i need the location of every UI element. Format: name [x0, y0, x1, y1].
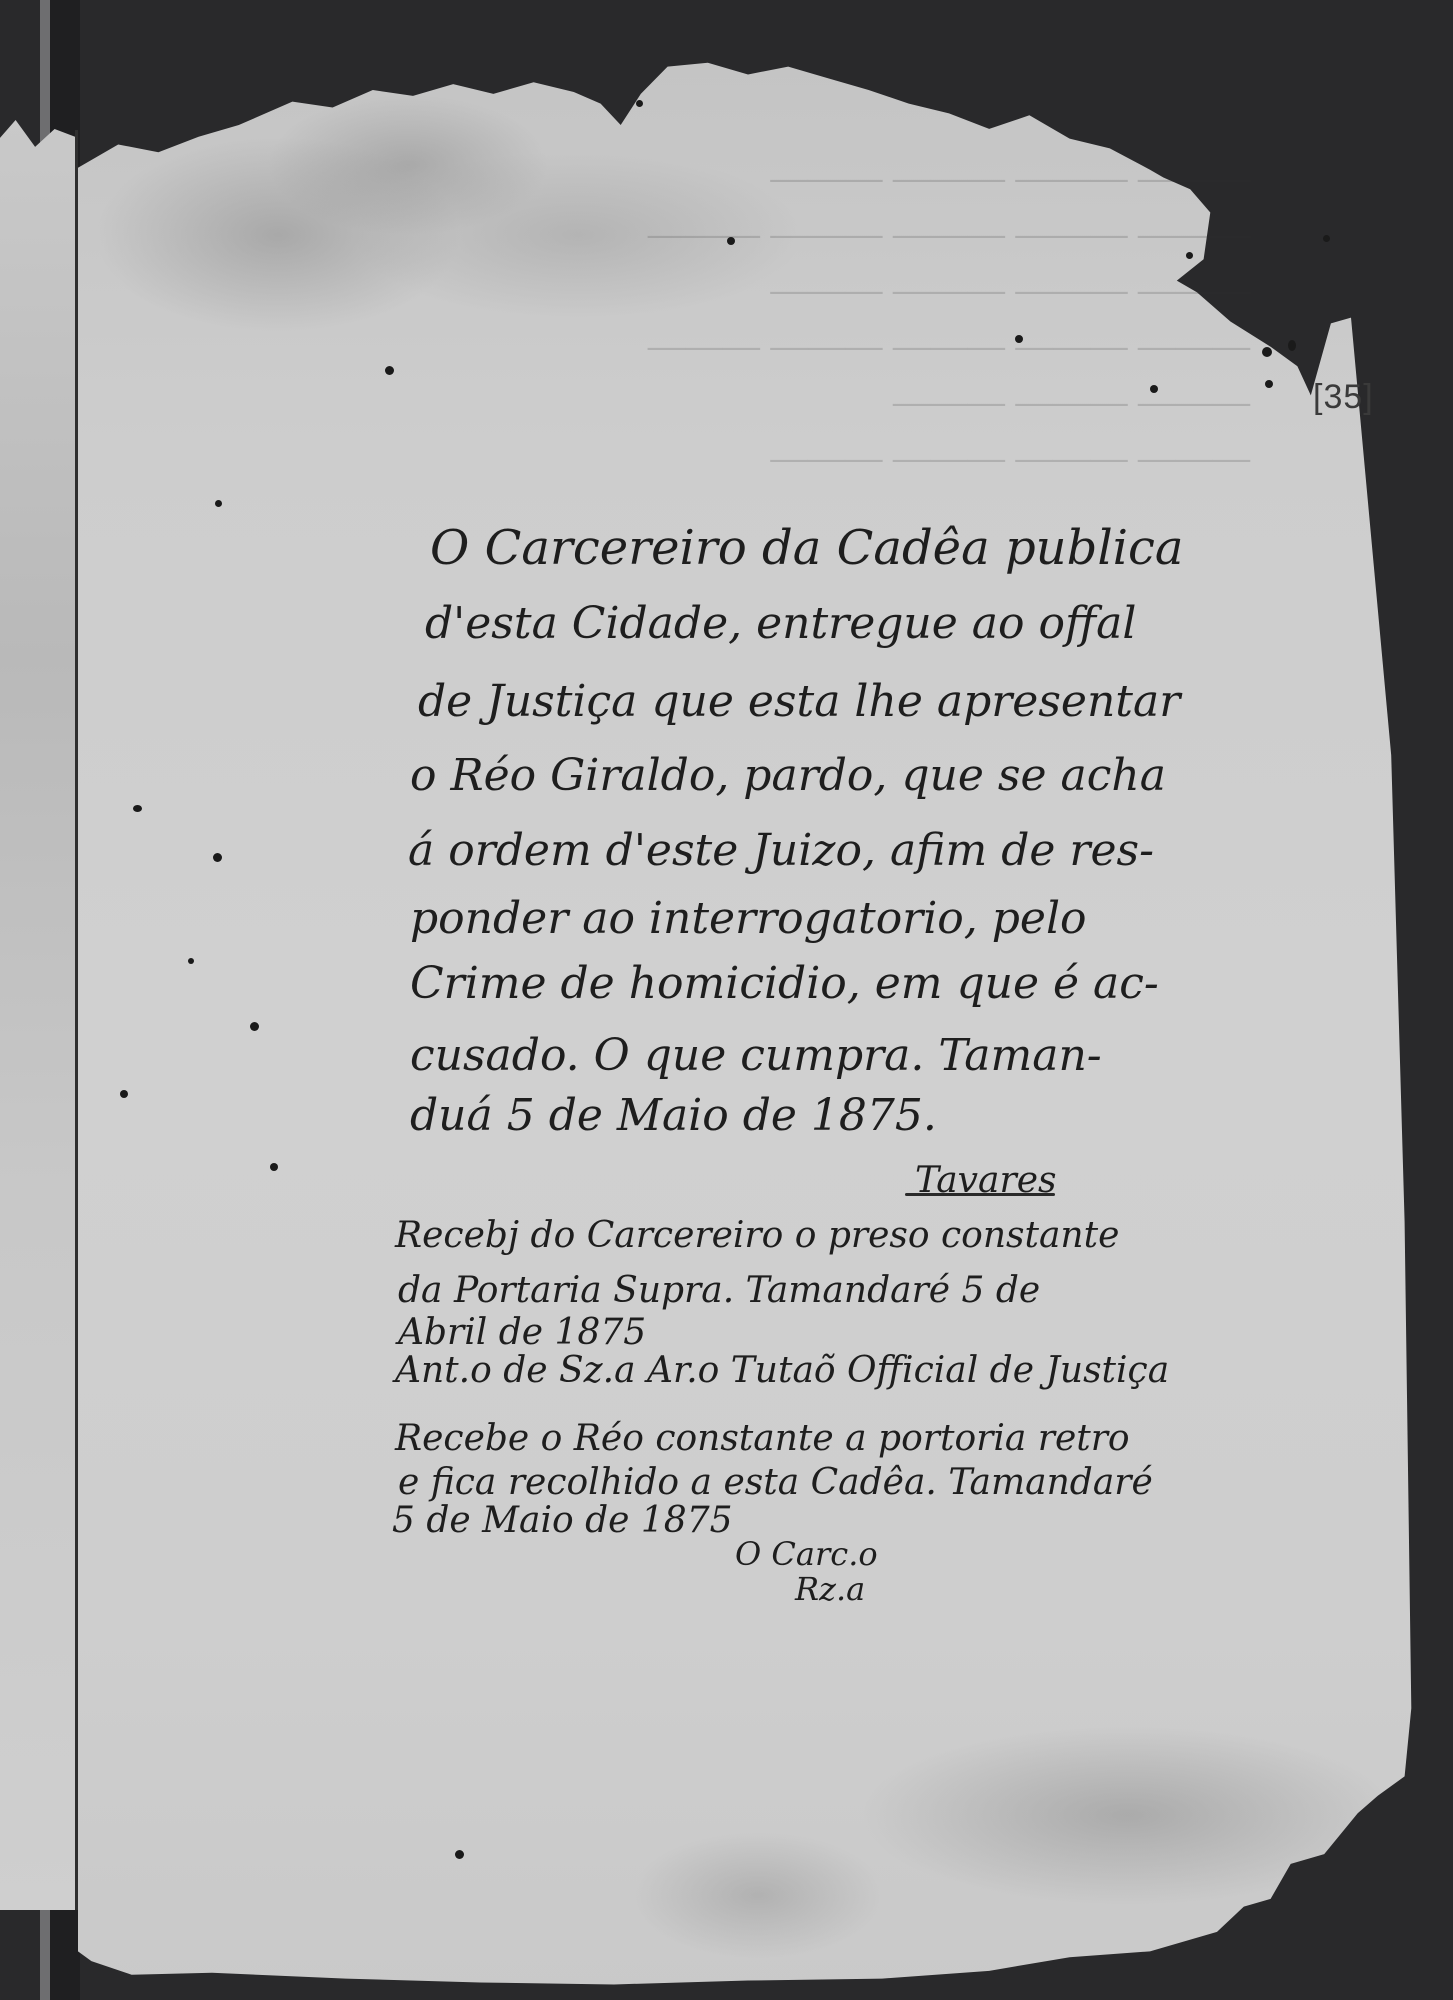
- ink-speck: [636, 100, 643, 107]
- warden-closing: O Carc.o: [735, 1535, 878, 1573]
- receipt-line-1: Recebj do Carcereiro o preso constante: [395, 1215, 1119, 1256]
- order-line-7: Crime de homicidio, em que é ac-: [410, 958, 1159, 1009]
- ink-speck: [727, 237, 735, 245]
- ink-speck: [1288, 340, 1296, 351]
- order-line-6: ponder ao interrogatorio, pelo: [410, 893, 1087, 944]
- facing-page-edge: [0, 120, 78, 1910]
- ink-speck: [133, 805, 142, 812]
- folio-number: [35]: [1313, 378, 1374, 417]
- receipt-line-3: Abril de 1875: [398, 1312, 646, 1353]
- ink-speck: [1015, 335, 1023, 343]
- delivery-line-3: 5 de Maio de 1875: [392, 1500, 733, 1541]
- ink-speck: [1150, 385, 1158, 393]
- order-line-3: de Justiça que esta lhe apresentar: [418, 676, 1180, 727]
- manuscript-sheet: [78, 55, 1418, 2000]
- ink-speck: [215, 500, 222, 507]
- receipt-line-2: da Portaria Supra. Tamandaré 5 de: [398, 1270, 1040, 1311]
- ink-speck: [1262, 347, 1272, 357]
- ink-speck: [188, 958, 194, 964]
- ink-speck: [120, 1090, 128, 1098]
- receipt-line-4: Ant.o de Sz.a Ar.o Tutaõ Official de Jus…: [395, 1350, 1169, 1391]
- ink-speck: [250, 1022, 259, 1031]
- order-line-2: d'esta Cidade, entregue ao offal: [425, 598, 1136, 649]
- order-line-4: o Réo Giraldo, pardo, que se acha: [410, 750, 1166, 801]
- signature-flourish: [905, 1193, 1055, 1196]
- warden-initials: Rz.a: [795, 1570, 865, 1608]
- delivery-line-2: e fica recolhido a esta Cadêa. Tamandaré: [398, 1462, 1153, 1503]
- ink-speck: [1265, 380, 1273, 388]
- ink-speck: [213, 853, 222, 862]
- ink-speck: [270, 1163, 278, 1171]
- delivery-line-1: Recebe o Réo constante a portoria retro: [395, 1418, 1130, 1459]
- order-line-9: duá 5 de Maio de 1875.: [410, 1090, 937, 1141]
- ink-speck: [1186, 252, 1193, 259]
- order-line-5: á ordem d'este Juizo, afim de res-: [408, 825, 1154, 876]
- ink-speck: [455, 1850, 464, 1859]
- order-line-1: O Carcereiro da Cadêa publica: [430, 520, 1184, 576]
- ink-speck: [385, 366, 394, 375]
- order-line-8: cusado. O que cumpra. Taman-: [410, 1030, 1102, 1081]
- page-gutter-line: [75, 130, 78, 1910]
- ink-speck: [1323, 235, 1330, 242]
